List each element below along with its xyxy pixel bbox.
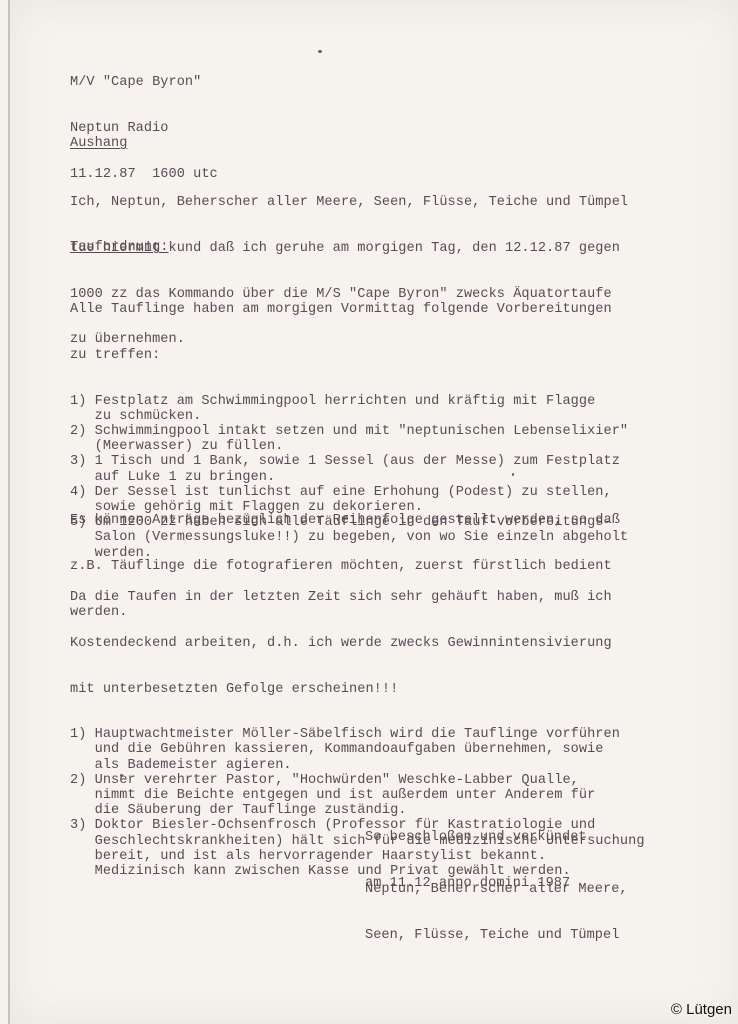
- taufordnung-heading: Taufordnung:: [70, 240, 169, 255]
- text-line: und die Gebühren kassieren, Kommandoaufg…: [70, 742, 645, 757]
- ink-speck: [512, 473, 514, 476]
- document-page: M/V "Cape Byron" Neptun Radio 11.12.87 1…: [8, 0, 738, 1024]
- item-number: 3): [70, 818, 86, 833]
- ink-speck: [318, 50, 322, 53]
- sender: Neptun Radio: [70, 121, 218, 136]
- text-line: Kostendeckend arbeiten, d.h. ich werde z…: [70, 636, 645, 651]
- signature-line: Seen, Flüsse, Teiche und Tümpel: [365, 928, 628, 943]
- item-number: 2): [70, 773, 86, 788]
- item-text: Schwimmingpool intakt setzen und mit "ne…: [95, 424, 629, 439]
- text-line: Da die Taufen in der letzten Zeit sich s…: [70, 590, 645, 605]
- text-line: 3) 1 Tisch und 1 Bank, sowie 1 Sessel (a…: [70, 454, 628, 469]
- item-text: die Säuberung der Tauflinge zuständig.: [95, 803, 407, 818]
- text-line: Alle Tauflinge haben am morgigen Vormitt…: [70, 302, 628, 317]
- item-number: 1): [70, 727, 86, 742]
- list-item: 1) Festplatz am Schwimmingpool herrichte…: [70, 394, 628, 424]
- list-item: 2) Schwimmingpool intakt setzen und mit …: [70, 424, 628, 454]
- item-number: 1): [70, 394, 86, 409]
- text-line: Ich, Neptun, Beherscher aller Meere, See…: [70, 195, 628, 210]
- item-text: Unser verehrter Pastor, "Hochwürden" Wes…: [95, 773, 579, 788]
- item-text: und die Gebühren kassieren, Kommandoaufg…: [95, 742, 604, 757]
- item-text: 1 Tisch und 1 Bank, sowie 1 Sessel (aus …: [95, 454, 620, 469]
- text-line: zu schmücken.: [70, 409, 628, 424]
- text-line: mit unterbesetzten Gefolge erscheinen!!!: [70, 682, 645, 697]
- item-text: (Meerwasser) zu füllen.: [95, 439, 284, 454]
- signature-block: Neptun, Beherrscher aller Meere, Seen, F…: [365, 852, 628, 974]
- text-line: als Bademeister agieren.: [70, 758, 645, 773]
- text-line: Es können Anträge bezüglich der Reihenfo…: [70, 513, 620, 528]
- closing-line: So beschloßen und verkündet: [365, 830, 587, 845]
- copyright-notice: © Lütgen: [671, 1001, 732, 1018]
- item-text: Festplatz am Schwimmingpool herrichten u…: [95, 394, 596, 409]
- text-line: 1) Festplatz am Schwimmingpool herrichte…: [70, 394, 628, 409]
- item-text: Hauptwachtmeister Möller-Säbelfisch wird…: [95, 727, 620, 742]
- ink-speck: [120, 774, 123, 777]
- text-line: zu treffen:: [70, 348, 628, 363]
- list-item: 1) Hauptwachtmeister Möller-Säbelfisch w…: [70, 727, 645, 773]
- aushang-heading: Aushang: [70, 136, 127, 151]
- text-line: 1) Hauptwachtmeister Möller-Säbelfisch w…: [70, 727, 645, 742]
- list-item: 3) 1 Tisch und 1 Bank, sowie 1 Sessel (a…: [70, 454, 628, 484]
- text-line: 2) Schwimmingpool intakt setzen und mit …: [70, 424, 628, 439]
- item-text: zu schmücken.: [95, 409, 202, 424]
- text-line: (Meerwasser) zu füllen.: [70, 439, 628, 454]
- item-number: 2): [70, 424, 86, 439]
- signature-line: Neptun, Beherrscher aller Meere,: [365, 882, 628, 897]
- item-text: als Bademeister agieren.: [95, 758, 292, 773]
- text-line: 2) Unser verehrter Pastor, "Hochwürden" …: [70, 773, 645, 788]
- ship-name: M/V "Cape Byron": [70, 75, 218, 90]
- item-number: 3): [70, 454, 86, 469]
